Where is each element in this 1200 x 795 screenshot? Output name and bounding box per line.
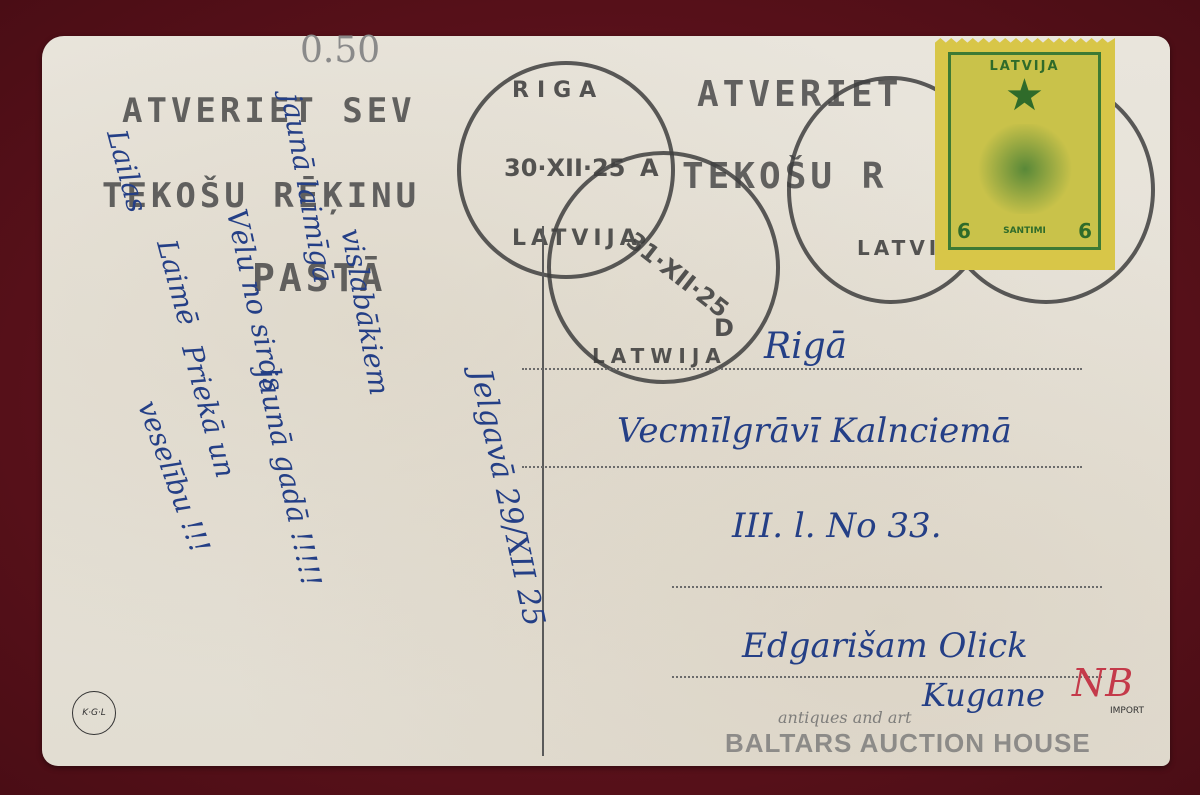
postmark-jelgava-country: LATWIJA [592,344,727,368]
card-divider [542,226,544,756]
message-line: Laimē [150,236,204,329]
price-pencil: 0.50 [300,30,380,71]
date-written: Jelgavā 29/XII 25 [463,366,552,629]
address-town: Kugane [922,676,1045,714]
message-line: jaunā gadā !!!!! [250,366,328,589]
star-icon: ★ [951,74,1098,118]
address-city: Rigā [764,326,847,367]
publisher-logo-text: K·G·L [82,708,106,718]
red-mark: NB [1072,661,1133,705]
publisher-logo: K·G·L [72,691,116,735]
coat-of-arms-icon [975,124,1075,214]
watermark-subtitle: antiques and art [778,708,912,727]
address-street: Vecmīlgrāvī Kalnciemā [617,411,1012,451]
address-line-2 [522,466,1082,468]
address-line-1 [522,368,1082,370]
slogan-left-1: ATVERIET SEV [122,91,416,131]
stamp-value-row: 6 SANTIMI 6 [957,219,1092,243]
stamp-unit: SANTIMI [1003,226,1046,236]
address-number: III. l. No 33. [732,506,942,546]
postmark-riga-city: RIGA [512,78,604,103]
address-line-3 [672,586,1102,588]
stamp-frame: LATVIJA ★ 6 SANTIMI 6 [948,52,1101,250]
postage-stamp: LATVIJA ★ 6 SANTIMI 6 [935,38,1115,270]
postmark-jelgava-letter: D [714,314,734,342]
message-line: vislabākiem [335,226,397,398]
stamp-value-right: 6 [1078,219,1092,243]
address-recipient: Edgarišam Olick [742,626,1028,666]
watermark-title: BALTARS AUCTION HOUSE [725,728,1091,759]
import-mark: IMPORT [1110,706,1144,716]
stamp-value-left: 6 [957,219,971,243]
